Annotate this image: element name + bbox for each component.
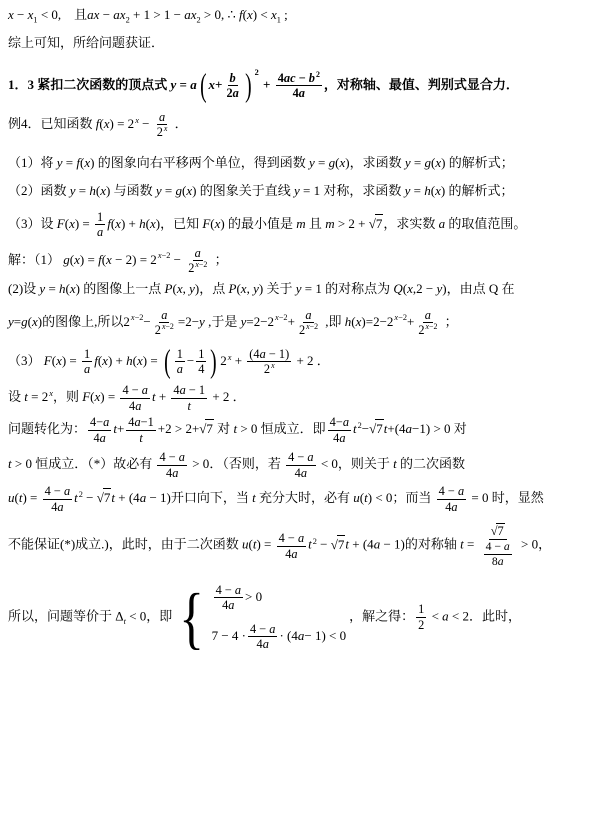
cases-row: 7 − 4 · 4 − a4a · (4a − 1) < 0 bbox=[212, 622, 347, 652]
fraction-denominator: 2x bbox=[262, 362, 277, 377]
fraction-numerator: 4ac − b2 bbox=[276, 71, 322, 87]
fraction-denominator: 2x bbox=[155, 125, 170, 140]
math-n: 4 − bbox=[486, 540, 504, 553]
fraction-numerator: 4 − a bbox=[277, 531, 306, 547]
math-n: − bbox=[99, 7, 113, 22]
fraction-denominator: 2x−2 bbox=[186, 261, 209, 276]
cases-brace-icon: { bbox=[179, 583, 204, 652]
math-t: 1．3 紧扣二次函数的顶点式 bbox=[8, 77, 171, 92]
math-n: < 2 bbox=[449, 608, 469, 623]
math-t: 设 bbox=[8, 389, 24, 404]
math-n: − bbox=[296, 71, 309, 85]
math-n: 4− bbox=[90, 415, 103, 429]
fraction-denominator: 2x−2 bbox=[153, 323, 176, 338]
math-i: t bbox=[353, 421, 357, 436]
math-frac: 4 − a4a bbox=[437, 484, 466, 514]
math-n: ) < bbox=[253, 7, 271, 22]
math-n: −2 bbox=[429, 322, 437, 331]
math-i: a bbox=[233, 86, 239, 100]
math-i: a bbox=[301, 466, 307, 480]
fraction-denominator: a bbox=[95, 225, 105, 240]
fraction-denominator: 4a bbox=[92, 431, 108, 446]
line-symmetry-axis: 不能保证(*)成立.)，此时，由于二次函数 u(t) = 4 − a4at2 −… bbox=[8, 523, 600, 568]
math-frac: a2x−2 bbox=[297, 308, 320, 338]
math-sqrt: √7 bbox=[97, 488, 112, 508]
math-i: a bbox=[64, 484, 70, 498]
math-n: ) = bbox=[62, 353, 80, 368]
math-n: = 1 bbox=[300, 183, 320, 198]
math-n: − bbox=[362, 421, 369, 436]
line-summary: 综上可知，所给问题获证． bbox=[8, 34, 600, 53]
math-frac: √74 − a8a bbox=[480, 523, 516, 568]
math-n: = bbox=[410, 183, 424, 198]
math-n: 1 bbox=[418, 602, 424, 616]
math-n: )=2−2 bbox=[361, 314, 393, 329]
math-i: a bbox=[299, 86, 305, 100]
document-content: x − x1 < 0, 且ax − ax2 + 1 > 1 − ax2 > 0,… bbox=[8, 6, 600, 652]
math-n: ) = bbox=[100, 389, 118, 404]
math-sup: x−2 bbox=[275, 313, 288, 322]
math-sup: x bbox=[271, 361, 275, 370]
math-n: < 0 bbox=[318, 456, 338, 471]
math-n: 1 bbox=[177, 347, 183, 361]
math-t: ,于是 bbox=[205, 314, 241, 329]
fraction-numerator: √7 bbox=[489, 523, 507, 540]
fraction-denominator: 4a bbox=[291, 86, 307, 101]
radicand: 7 bbox=[375, 419, 384, 439]
math-i: ac bbox=[284, 71, 296, 85]
fraction-denominator: 4 − a8a bbox=[480, 540, 516, 569]
paren-content: x + b2a bbox=[209, 71, 243, 101]
math-n: 7 bbox=[497, 524, 503, 538]
math-n: + bbox=[156, 389, 170, 404]
math-sup: x bbox=[164, 124, 168, 133]
math-n: =2−2 bbox=[246, 314, 274, 329]
line-solution-part2-a: (2)设 y = h(x) 的图像上一点 P(x, y)，点 P(x, y) 关… bbox=[8, 280, 600, 299]
math-t: 对 bbox=[214, 421, 234, 436]
fraction-numerator: 4 − a bbox=[120, 383, 149, 399]
math-n: < bbox=[428, 608, 442, 623]
fraction-denominator: 8a bbox=[490, 555, 506, 569]
math-frac: b2a bbox=[224, 71, 240, 101]
math-sup: x−2 bbox=[306, 322, 318, 331]
math-n: − 1 bbox=[186, 383, 205, 397]
math-frac: 4−a4a bbox=[328, 415, 351, 445]
math-t: 例4．已知函数 bbox=[8, 116, 96, 131]
fraction-denominator: 4a bbox=[443, 500, 459, 515]
math-n: 4 − bbox=[216, 583, 235, 597]
math-n: − 2) = 2 bbox=[112, 252, 157, 267]
fraction-denominator: 4a bbox=[283, 547, 299, 562]
math-t: 的二次函数 bbox=[397, 456, 465, 471]
fraction-denominator: a bbox=[82, 362, 92, 377]
line-solution-part3-a: （3） F(x) = 1af(x) + h(x) = (1a − 14)2x +… bbox=[8, 347, 600, 377]
math-i: t bbox=[74, 490, 78, 505]
fraction-numerator: a bbox=[159, 308, 169, 324]
math-sqrt: √7 bbox=[199, 419, 214, 439]
math-i: a bbox=[177, 362, 183, 376]
line-solution-part2-b: y=g(x)的图像上,所以2x−2−a2x−2=2−y ,于是 y=2−2x−2… bbox=[8, 308, 600, 338]
math-t: （3） bbox=[8, 353, 44, 368]
math-i: ax bbox=[87, 7, 99, 22]
line-problem-transform: 问题转化为：4−a4at+4a−1t+2 > 2+√7 对 t > 0 恒成立．… bbox=[8, 415, 600, 445]
math-n: − 1) bbox=[380, 537, 405, 552]
math-n: 1 bbox=[198, 347, 204, 361]
math-t: ，解之得： bbox=[349, 608, 414, 623]
math-n: + 2 ． bbox=[209, 389, 246, 404]
line-must-hold: t > 0 恒成立．（*）故必有 4 − a4a > 0．（否则，若 4 − a… bbox=[8, 450, 600, 480]
math-i: a bbox=[451, 500, 457, 514]
fraction-numerator: 4a − 1 bbox=[171, 383, 207, 399]
math-n: = bbox=[76, 183, 90, 198]
math-n: 2 bbox=[155, 323, 161, 337]
math-frac: 4 − a4a bbox=[157, 450, 186, 480]
math-big: (x + b2a)2 bbox=[198, 71, 259, 101]
math-cases: {4 − a4a > 07 − 4 · 4 − a4a · (4a − 1) <… bbox=[175, 583, 346, 652]
math-frac: 4 − a8a bbox=[484, 540, 512, 569]
math-t: ，即 bbox=[146, 608, 172, 623]
math-i: a bbox=[343, 415, 349, 429]
math-n: 2 bbox=[418, 323, 424, 337]
math-n: 4 − bbox=[159, 450, 178, 464]
math-frac: 4 − a4a bbox=[120, 383, 149, 413]
math-n: − 1) < 0 bbox=[304, 627, 346, 646]
fraction-numerator: 1 bbox=[196, 347, 206, 363]
math-i: a bbox=[305, 308, 311, 322]
document-page: x − x1 < 0, 且ax − ax2 + 1 > 1 − ax2 > 0,… bbox=[0, 0, 608, 825]
math-n: > 2 + bbox=[335, 216, 369, 231]
math-frac: 14 bbox=[196, 347, 206, 377]
line-question-3: （3）设 F(x) = 1af(x) + h(x)，已知 F(x) 的最小值是 … bbox=[8, 210, 600, 240]
math-n: ) = bbox=[80, 252, 98, 267]
math-t: 且 bbox=[306, 216, 326, 231]
fraction-numerator: a bbox=[423, 308, 433, 324]
math-i: a bbox=[269, 622, 275, 636]
math-n: · (4 bbox=[279, 627, 297, 646]
math-frac: 1a bbox=[82, 347, 92, 377]
math-sup: x−2 bbox=[426, 322, 438, 331]
math-t: 的图象向右平移两个单位，得到函数 bbox=[94, 155, 309, 170]
math-n: ) < 0 bbox=[368, 490, 393, 505]
line-solution-part1: 解：（1） g(x) = f(x − 2) = 2x−2 − a2x−2 ； bbox=[8, 246, 600, 276]
fraction-numerator: 4 − a bbox=[157, 450, 186, 466]
math-n: − bbox=[143, 314, 150, 329]
math-frac: 4 − a4a bbox=[248, 622, 277, 652]
math-n: ; bbox=[281, 7, 288, 22]
line-downward-parabola: u(t) = 4 − a4at2 − √7t + (4a − 1)开口向下，当 … bbox=[8, 484, 600, 514]
math-i: Q bbox=[393, 281, 402, 296]
math-n: = bbox=[63, 155, 77, 170]
math-n: ) = bbox=[143, 353, 161, 368]
math-frac: 4 − a4a bbox=[277, 531, 306, 561]
math-t: 的解析式； bbox=[445, 183, 513, 198]
math-n: −1 bbox=[141, 415, 154, 429]
math-t: （1）将 bbox=[8, 155, 57, 170]
math-n: −1) > 0 bbox=[412, 421, 451, 436]
math-i: t bbox=[139, 431, 142, 445]
math-frac: (4a − 1)2x bbox=[247, 347, 291, 377]
math-frac: 4a − 1t bbox=[171, 383, 207, 413]
math-n: −2 bbox=[279, 313, 288, 322]
fraction-numerator: 4 − a bbox=[214, 583, 243, 599]
math-t: 且 bbox=[61, 7, 87, 22]
math-n: − bbox=[317, 537, 331, 552]
math-n: 4 − bbox=[279, 531, 298, 545]
math-t: 恒成立．即 bbox=[257, 421, 325, 436]
math-i: a bbox=[159, 110, 165, 124]
math-i: F bbox=[44, 353, 52, 368]
math-t: ， bbox=[538, 537, 551, 552]
math-n: 4 bbox=[198, 362, 204, 376]
math-t: 对称，求函数 bbox=[320, 183, 405, 198]
math-i: a bbox=[425, 308, 431, 322]
line-conclusion-inequality: x − x1 < 0, 且ax − ax2 + 1 > 1 − ax2 > 0,… bbox=[8, 6, 600, 25]
math-t: 的图像上一点 bbox=[80, 281, 165, 296]
math-t: ，则 bbox=[53, 389, 82, 404]
radicand: 7 bbox=[496, 523, 504, 539]
math-i: b bbox=[230, 71, 236, 85]
math-i: a bbox=[298, 531, 304, 545]
math-i: a bbox=[458, 484, 464, 498]
math-n: < 0 bbox=[126, 608, 146, 623]
math-n: 4 − bbox=[439, 484, 458, 498]
math-n: =2− bbox=[178, 314, 199, 329]
heading-1-3-vertex-form: 1．3 紧扣二次函数的顶点式 y = a(x + b2a)2 + 4ac − b… bbox=[8, 71, 600, 101]
math-n: ) + bbox=[108, 353, 126, 368]
math-n: − bbox=[187, 352, 194, 371]
math-n: + bbox=[260, 77, 274, 92]
line-question-1: （1）将 y = f(x) 的图象向右平移两个单位，得到函数 y = g(x)，… bbox=[8, 154, 600, 173]
math-n: 2 bbox=[299, 323, 305, 337]
fraction-numerator: 4−a bbox=[88, 415, 111, 431]
math-n: = bbox=[176, 77, 190, 92]
math-t: 充分大时，必有 bbox=[256, 490, 354, 505]
math-n: 4 − bbox=[250, 622, 269, 636]
math-n: > 0 bbox=[237, 421, 257, 436]
fraction-denominator: 2 bbox=[416, 618, 426, 633]
math-n: > 0 bbox=[189, 456, 209, 471]
close-paren: ) bbox=[245, 71, 251, 101]
math-n: ,2 − bbox=[413, 281, 437, 296]
math-i: F bbox=[82, 389, 90, 404]
math-sqrt: √7 bbox=[491, 523, 505, 539]
math-i: ax bbox=[113, 7, 125, 22]
math-i: a bbox=[179, 450, 185, 464]
math-n: = bbox=[45, 281, 59, 296]
fraction-numerator: a bbox=[157, 110, 167, 126]
math-t: （3）设 bbox=[8, 216, 57, 231]
math-n: + 1 > 1 − bbox=[130, 7, 185, 22]
math-i: a bbox=[161, 308, 167, 322]
math-n: 2 bbox=[220, 353, 227, 368]
math-n: 4− bbox=[330, 415, 343, 429]
math-sqrt: √7 bbox=[369, 419, 384, 439]
math-t: ，点 bbox=[199, 281, 228, 296]
math-i: a bbox=[100, 431, 106, 445]
math-frac: 4ac − b24a bbox=[276, 71, 322, 101]
fraction-numerator: 1 bbox=[416, 602, 426, 618]
fraction-numerator: 1 bbox=[95, 210, 105, 226]
math-t: 解：（1） bbox=[8, 252, 63, 267]
math-t: ，由点 Q 在 bbox=[447, 281, 515, 296]
math-n: +2 > 2+ bbox=[158, 421, 200, 436]
math-n: > 0, ∴ bbox=[201, 7, 239, 22]
cases-rows: 4 − a4a > 07 − 4 · 4 − a4a · (4a − 1) < … bbox=[212, 583, 347, 652]
math-frac: a2x−2 bbox=[186, 246, 209, 276]
fraction-denominator: t bbox=[186, 399, 193, 414]
paren-exponent: 2 bbox=[255, 69, 259, 77]
math-t: 综上可知，所给问题获证． bbox=[8, 35, 164, 50]
math-n: = 1 bbox=[302, 281, 322, 296]
math-n: 7 bbox=[104, 490, 111, 505]
fraction-denominator: t bbox=[137, 431, 144, 446]
fraction-numerator: a bbox=[193, 246, 203, 262]
math-n: −2 bbox=[165, 322, 173, 331]
math-t: 的解析式； bbox=[445, 155, 513, 170]
math-n: = 2 bbox=[28, 389, 48, 404]
open-paren: ( bbox=[164, 347, 170, 377]
math-sup: x−2 bbox=[394, 313, 407, 322]
math-t: ，求实数 bbox=[383, 216, 438, 231]
math-n: + bbox=[231, 353, 245, 368]
math-n: ) + bbox=[121, 216, 139, 231]
fraction-numerator: 4 − a bbox=[248, 622, 277, 638]
fraction-numerator: 1 bbox=[82, 347, 92, 363]
math-i: a bbox=[291, 547, 297, 561]
math-n: ) = bbox=[75, 216, 93, 231]
fraction-denominator: 2a bbox=[224, 86, 240, 101]
math-frac: a2x−2 bbox=[416, 308, 439, 338]
math-i: a bbox=[97, 225, 103, 239]
math-n: − 1) bbox=[266, 347, 289, 361]
math-t: ，求函数 bbox=[350, 155, 405, 170]
math-n: − bbox=[14, 7, 28, 22]
math-n: 2 bbox=[316, 70, 320, 79]
math-n: 7 bbox=[376, 421, 383, 436]
math-n: ； bbox=[441, 314, 457, 329]
math-n: ) = bbox=[256, 537, 274, 552]
math-t: 的最小值是 bbox=[225, 216, 297, 231]
math-n: = bbox=[464, 537, 478, 552]
math-t: ，已知 bbox=[160, 216, 202, 231]
math-n: 7 bbox=[376, 216, 383, 231]
fraction-denominator: 4a bbox=[127, 399, 143, 414]
math-t: 对 bbox=[451, 421, 467, 436]
math-n: + (4 bbox=[115, 490, 140, 505]
math-sup: x−2 bbox=[131, 313, 144, 322]
math-n: = bbox=[162, 183, 176, 198]
math-n: = 0 bbox=[468, 490, 488, 505]
math-i: a bbox=[263, 637, 269, 651]
math-i: a bbox=[172, 466, 178, 480]
math-t: ．此时， bbox=[469, 608, 521, 623]
math-n: 4 − bbox=[122, 383, 141, 397]
math-i: t bbox=[308, 537, 312, 552]
fraction-denominator: 4a bbox=[220, 598, 236, 613]
math-frac: 4a−1t bbox=[126, 415, 155, 445]
math-n: 2 bbox=[255, 68, 259, 77]
math-n: = bbox=[411, 155, 425, 170]
math-sqrt: √7 bbox=[369, 214, 384, 234]
math-n: + bbox=[407, 314, 414, 329]
line-final-system: 所以，问题等价于 Δt < 0，即{4 − a4a > 07 − 4 · 4 −… bbox=[8, 583, 600, 652]
line-question-2: （2）函数 y = h(x) 与函数 y = g(x) 的图象关于直线 y = … bbox=[8, 182, 600, 201]
math-n: 7 bbox=[338, 537, 345, 552]
math-t: ；而当 bbox=[392, 490, 434, 505]
math-t: 的图象关于直线 bbox=[196, 183, 294, 198]
math-frac: 12 bbox=[416, 602, 426, 632]
fraction-numerator: a bbox=[303, 308, 313, 324]
math-frac: 4 − a4a bbox=[43, 484, 72, 514]
math-i: F bbox=[57, 216, 65, 231]
fraction-numerator: b bbox=[228, 71, 238, 87]
math-n: ) = bbox=[22, 490, 40, 505]
math-i: t bbox=[188, 399, 191, 413]
math-n: < 0, bbox=[38, 7, 62, 22]
math-t: 的对称点为 bbox=[322, 281, 394, 296]
fraction-numerator: 4−a bbox=[328, 415, 351, 431]
math-n: ； bbox=[211, 252, 227, 267]
math-t: 开口向下，当 bbox=[171, 490, 252, 505]
math-n: 7 − 4 · bbox=[212, 627, 246, 646]
math-n: > 0 bbox=[518, 537, 538, 552]
math-n: Δ bbox=[115, 608, 123, 623]
math-n: > 0 bbox=[12, 456, 32, 471]
math-i: a bbox=[195, 246, 201, 260]
math-i: x bbox=[164, 124, 168, 133]
math-n: 2 bbox=[418, 618, 424, 632]
radicand: 7 bbox=[205, 419, 214, 439]
math-n: + bbox=[117, 421, 124, 436]
math-i: a bbox=[103, 415, 109, 429]
math-i: a bbox=[84, 362, 90, 376]
fraction-denominator: 4a bbox=[49, 500, 65, 515]
math-i: a bbox=[504, 540, 510, 553]
math-sup: x−2 bbox=[158, 251, 171, 260]
open-paren: ( bbox=[200, 71, 206, 101]
math-i: a bbox=[57, 500, 63, 514]
fraction-numerator: 1 bbox=[175, 347, 185, 363]
math-n: 2 bbox=[157, 125, 163, 139]
math-frac: a2x bbox=[155, 110, 170, 140]
math-i: a bbox=[339, 431, 345, 445]
math-i: m bbox=[325, 216, 334, 231]
math-n: −2 bbox=[310, 322, 318, 331]
math-i: x bbox=[271, 361, 275, 370]
math-n: + bbox=[215, 76, 222, 95]
math-n: + (4 bbox=[349, 537, 374, 552]
math-n: 1 bbox=[84, 347, 90, 361]
math-i: ax bbox=[184, 7, 196, 22]
math-n: + bbox=[288, 314, 295, 329]
math-frac: 4−a4a bbox=[88, 415, 111, 445]
cases-row: 4 − a4a > 0 bbox=[212, 583, 263, 613]
fraction-denominator: 4 bbox=[196, 362, 206, 377]
math-t: 不能保证(*)成立.)，此时，由于二次函数 bbox=[8, 537, 242, 552]
math-i: b bbox=[309, 71, 315, 85]
math-n: + 2 ． bbox=[293, 353, 330, 368]
math-n: > 0 bbox=[245, 588, 262, 607]
math-n: − bbox=[83, 490, 97, 505]
math-frac: 1a bbox=[175, 347, 185, 377]
fraction-numerator: (4a − 1) bbox=[247, 347, 291, 363]
fraction-numerator: 4 − a bbox=[484, 540, 512, 555]
fraction-denominator: 4a bbox=[255, 637, 271, 652]
math-i: a bbox=[190, 77, 197, 92]
math-t: 的图像上,所以 bbox=[42, 314, 123, 329]
fraction-denominator: 4a bbox=[293, 466, 309, 481]
math-frac: 4 − a4a bbox=[214, 583, 243, 613]
